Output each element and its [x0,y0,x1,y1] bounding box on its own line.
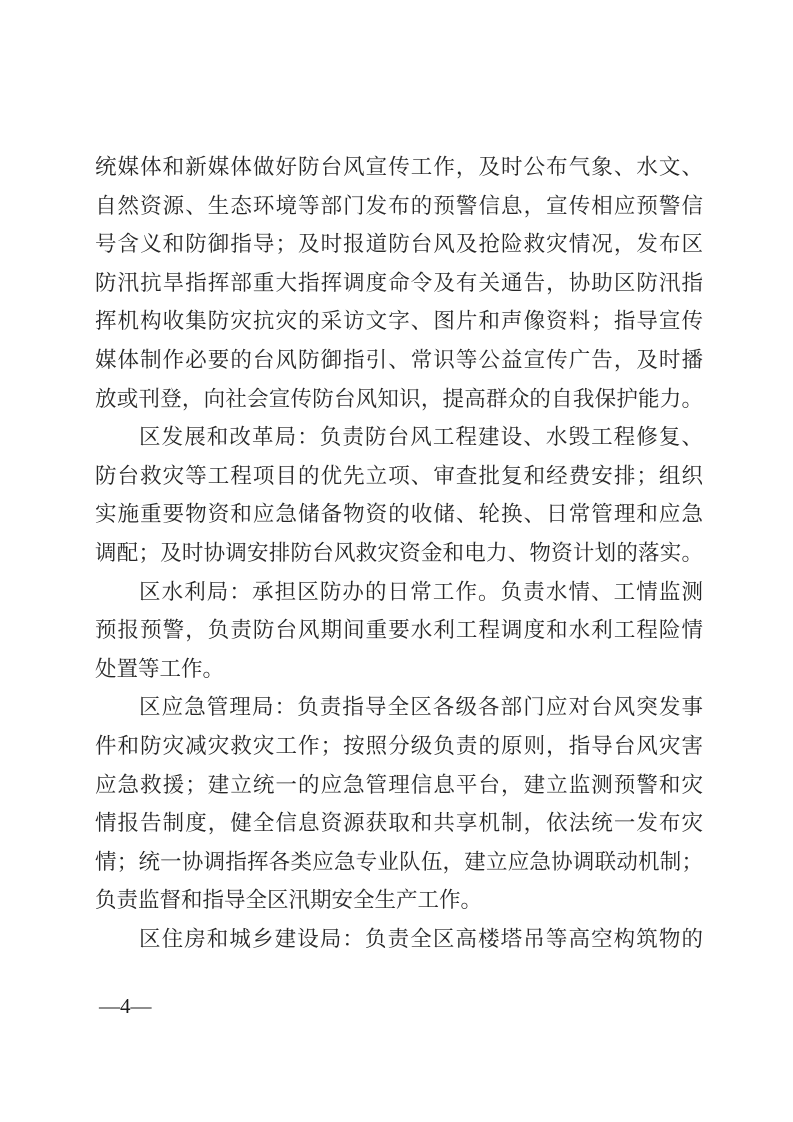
text-line: 应急救援；建立统一的应急管理信息平台，建立监测预警和灾 [95,766,703,805]
text-line: 区发展和改革局：负责防台风工程建设、水毁工程修复、 [95,418,703,457]
text-line: 区应急管理局：负责指导全区各级各部门应对台风突发事 [95,688,703,727]
text-line: 调配；及时协调安排防台风救灾资金和电力、物资计划的落实。 [95,534,703,573]
text-line: 负责监督和指导全区汛期安全生产工作。 [95,881,703,920]
document-body: 统媒体和新媒体做好防台风宣传工作，及时公布气象、水文、自然资源、生态环境等部门发… [95,148,703,958]
text-line: 挥机构收集防灾抗灾的采访文字、图片和声像资料；指导宣传 [95,302,703,341]
text-line: 情；统一协调指挥各类应急专业队伍，建立应急协调联动机制； [95,843,703,882]
page-number: —4— [99,993,152,1019]
text-line: 情报告制度，健全信息资源获取和共享机制，依法统一发布灾 [95,804,703,843]
text-line: 处置等工作。 [95,650,703,689]
text-line: 区水利局：承担区防办的日常工作。负责水情、工情监测 [95,573,703,612]
text-line: 自然资源、生态环境等部门发布的预警信息，宣传相应预警信 [95,187,703,226]
text-line: 号含义和防御指导；及时报道防台风及抢险救灾情况，发布区 [95,225,703,264]
text-line: 预报预警，负责防台风期间重要水利工程调度和水利工程险情 [95,611,703,650]
text-line: 媒体制作必要的台风防御指引、常识等公益宣传广告，及时播 [95,341,703,380]
text-line: 放或刊登，向社会宣传防台风知识，提高群众的自我保护能力。 [95,380,703,419]
text-line: 防汛抗旱指挥部重大指挥调度命令及有关通告，协助区防汛指 [95,264,703,303]
text-line: 区住房和城乡建设局：负责全区高楼塔吊等高空构筑物的 [95,920,703,959]
text-line: 统媒体和新媒体做好防台风宣传工作，及时公布气象、水文、 [95,148,703,187]
text-line: 防台救灾等工程项目的优先立项、审查批复和经费安排；组织 [95,457,703,496]
text-line: 实施重要物资和应急储备物资的收储、轮换、日常管理和应急 [95,495,703,534]
text-line: 件和防灾减灾救灾工作；按照分级负责的原则，指导台风灾害 [95,727,703,766]
document-page: 统媒体和新媒体做好防台风宣传工作，及时公布气象、水文、自然资源、生态环境等部门发… [0,0,793,1122]
